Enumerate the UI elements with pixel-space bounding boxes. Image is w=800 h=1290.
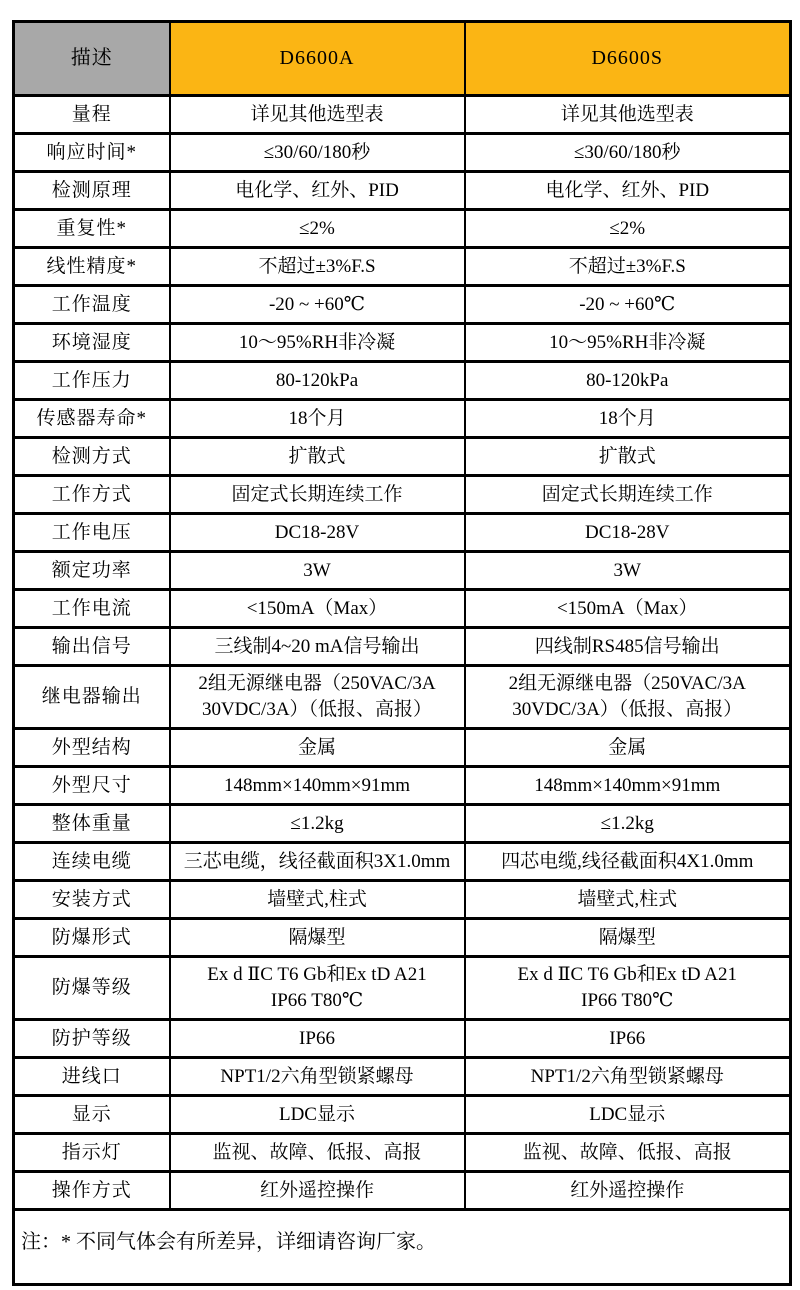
spec-value-d6600a: 18个月 <box>170 400 465 438</box>
spec-label: 环境湿度 <box>14 324 170 362</box>
spec-value-d6600a: 电化学、红外、PID <box>170 172 465 210</box>
spec-value-d6600s: Ex d ⅡC T6 Gb和Ex tD A21 IP66 T80℃ <box>465 957 791 1020</box>
table-row: 整体重量≤1.2kg≤1.2kg <box>14 805 791 843</box>
spec-value-d6600a: 80-120kPa <box>170 362 465 400</box>
spec-value-d6600s: 详见其他选型表 <box>465 96 791 134</box>
spec-label: 工作温度 <box>14 286 170 324</box>
header-cell-model-d6600s: D6600S <box>465 22 791 96</box>
spec-value-d6600s: 2组无源继电器（250VAC/3A 30VDC/3A）（低报、高报） <box>465 666 791 729</box>
spec-value-d6600a: <150mA（Max） <box>170 590 465 628</box>
spec-value-d6600a: 详见其他选型表 <box>170 96 465 134</box>
spec-label: 进线口 <box>14 1058 170 1096</box>
spec-value-d6600a: NPT1/2六角型锁紧螺母 <box>170 1058 465 1096</box>
table-row: 显示LDC显示LDC显示 <box>14 1096 791 1134</box>
spec-value-d6600s: ≤1.2kg <box>465 805 791 843</box>
spec-value-d6600s: ≤2% <box>465 210 791 248</box>
spec-value-d6600a: ≤30/60/180秒 <box>170 134 465 172</box>
spec-label: 检测原理 <box>14 172 170 210</box>
table-row: 工作电流<150mA（Max）<150mA（Max） <box>14 590 791 628</box>
header-row: 描述 D6600A D6600S <box>14 22 791 96</box>
spec-value-d6600a: -20 ~ +60℃ <box>170 286 465 324</box>
spec-value-d6600s: -20 ~ +60℃ <box>465 286 791 324</box>
spec-value-d6600s: 隔爆型 <box>465 919 791 957</box>
table-row: 指示灯监视、故障、低报、高报监视、故障、低报、高报 <box>14 1134 791 1172</box>
spec-value-d6600a: LDC显示 <box>170 1096 465 1134</box>
spec-label: 工作方式 <box>14 476 170 514</box>
spec-value-d6600a: 148mm×140mm×91mm <box>170 767 465 805</box>
spec-value-d6600s: 扩散式 <box>465 438 791 476</box>
spec-label: 外型结构 <box>14 729 170 767</box>
spec-value-d6600s: 18个月 <box>465 400 791 438</box>
header-cell-model-d6600a: D6600A <box>170 22 465 96</box>
spec-value-d6600s: 不超过±3%F.S <box>465 248 791 286</box>
spec-value-d6600s: 80-120kPa <box>465 362 791 400</box>
table-row: 工作电压DC18-28VDC18-28V <box>14 514 791 552</box>
spec-table-footer: 注：* 不同气体会有所差异，详细请咨询厂家。 <box>14 1210 791 1285</box>
spec-label: 传感器寿命* <box>14 400 170 438</box>
spec-label: 显示 <box>14 1096 170 1134</box>
spec-label: 整体重量 <box>14 805 170 843</box>
spec-label: 操作方式 <box>14 1172 170 1210</box>
table-row: 防爆等级Ex d ⅡC T6 Gb和Ex tD A21 IP66 T80℃Ex … <box>14 957 791 1020</box>
spec-label: 外型尺寸 <box>14 767 170 805</box>
spec-value-d6600s: 10～95%RH非冷凝 <box>465 324 791 362</box>
table-row: 操作方式红外遥控操作红外遥控操作 <box>14 1172 791 1210</box>
spec-label: 响应时间* <box>14 134 170 172</box>
spec-value-d6600a: 红外遥控操作 <box>170 1172 465 1210</box>
spec-label: 安装方式 <box>14 881 170 919</box>
spec-value-d6600a: 2组无源继电器（250VAC/3A 30VDC/3A）（低报、高报） <box>170 666 465 729</box>
spec-label: 检测方式 <box>14 438 170 476</box>
spec-value-d6600s: DC18-28V <box>465 514 791 552</box>
note-row: 注：* 不同气体会有所差异，详细请咨询厂家。 <box>14 1210 791 1285</box>
spec-value-d6600a: 10～95%RH非冷凝 <box>170 324 465 362</box>
table-row: 工作温度-20 ~ +60℃-20 ~ +60℃ <box>14 286 791 324</box>
table-row: 额定功率3W3W <box>14 552 791 590</box>
table-row: 传感器寿命*18个月18个月 <box>14 400 791 438</box>
spec-page: 描述 D6600A D6600S 量程详见其他选型表详见其他选型表响应时间*≤3… <box>0 0 800 1290</box>
spec-label: 工作电压 <box>14 514 170 552</box>
spec-value-d6600s: <150mA（Max） <box>465 590 791 628</box>
spec-label: 防爆形式 <box>14 919 170 957</box>
spec-label: 指示灯 <box>14 1134 170 1172</box>
spec-value-d6600a: IP66 <box>170 1020 465 1058</box>
spec-value-d6600a: 扩散式 <box>170 438 465 476</box>
spec-label: 量程 <box>14 96 170 134</box>
spec-value-d6600s: 红外遥控操作 <box>465 1172 791 1210</box>
spec-label: 连续电缆 <box>14 843 170 881</box>
table-row: 继电器输出2组无源继电器（250VAC/3A 30VDC/3A）（低报、高报）2… <box>14 666 791 729</box>
table-row: 量程详见其他选型表详见其他选型表 <box>14 96 791 134</box>
table-row: 工作压力80-120kPa80-120kPa <box>14 362 791 400</box>
spec-value-d6600s: 墙壁式,柱式 <box>465 881 791 919</box>
spec-rows: 量程详见其他选型表详见其他选型表响应时间*≤30/60/180秒≤30/60/1… <box>14 96 791 1210</box>
spec-value-d6600a: 三芯电缆，线径截面积3X1.0mm <box>170 843 465 881</box>
table-row: 检测原理电化学、红外、PID电化学、红外、PID <box>14 172 791 210</box>
spec-value-d6600a: 金属 <box>170 729 465 767</box>
spec-value-d6600s: NPT1/2六角型锁紧螺母 <box>465 1058 791 1096</box>
spec-value-d6600a: ≤1.2kg <box>170 805 465 843</box>
spec-value-d6600a: 三线制4~20 mA信号输出 <box>170 628 465 666</box>
spec-value-d6600a: ≤2% <box>170 210 465 248</box>
spec-value-d6600s: 四芯电缆,线径截面积4X1.0mm <box>465 843 791 881</box>
header-cell-description: 描述 <box>14 22 170 96</box>
spec-label: 输出信号 <box>14 628 170 666</box>
spec-label: 继电器输出 <box>14 666 170 729</box>
spec-label: 防爆等级 <box>14 957 170 1020</box>
spec-label: 防护等级 <box>14 1020 170 1058</box>
table-row: 检测方式扩散式扩散式 <box>14 438 791 476</box>
spec-value-d6600a: 墙壁式,柱式 <box>170 881 465 919</box>
table-row: 防护等级IP66IP66 <box>14 1020 791 1058</box>
table-row: 连续电缆三芯电缆，线径截面积3X1.0mm四芯电缆,线径截面积4X1.0mm <box>14 843 791 881</box>
spec-value-d6600s: 电化学、红外、PID <box>465 172 791 210</box>
spec-table: 描述 D6600A D6600S 量程详见其他选型表详见其他选型表响应时间*≤3… <box>12 20 792 1286</box>
table-row: 防爆形式隔爆型隔爆型 <box>14 919 791 957</box>
spec-label: 工作压力 <box>14 362 170 400</box>
spec-value-d6600a: DC18-28V <box>170 514 465 552</box>
table-row: 重复性*≤2%≤2% <box>14 210 791 248</box>
table-row: 外型结构金属金属 <box>14 729 791 767</box>
spec-value-d6600s: 3W <box>465 552 791 590</box>
spec-value-d6600s: 四线制RS485信号输出 <box>465 628 791 666</box>
spec-label: 线性精度* <box>14 248 170 286</box>
table-row: 响应时间*≤30/60/180秒≤30/60/180秒 <box>14 134 791 172</box>
spec-label: 额定功率 <box>14 552 170 590</box>
table-row: 安装方式墙壁式,柱式墙壁式,柱式 <box>14 881 791 919</box>
spec-value-d6600s: LDC显示 <box>465 1096 791 1134</box>
spec-value-d6600s: ≤30/60/180秒 <box>465 134 791 172</box>
spec-value-d6600s: 监视、故障、低报、高报 <box>465 1134 791 1172</box>
spec-value-d6600a: 不超过±3%F.S <box>170 248 465 286</box>
spec-value-d6600a: 固定式长期连续工作 <box>170 476 465 514</box>
spec-label: 工作电流 <box>14 590 170 628</box>
table-row: 输出信号三线制4~20 mA信号输出四线制RS485信号输出 <box>14 628 791 666</box>
table-row: 工作方式固定式长期连续工作固定式长期连续工作 <box>14 476 791 514</box>
table-row: 环境湿度10～95%RH非冷凝10～95%RH非冷凝 <box>14 324 791 362</box>
spec-value-d6600s: IP66 <box>465 1020 791 1058</box>
spec-table-header: 描述 D6600A D6600S <box>14 22 791 96</box>
spec-value-d6600s: 金属 <box>465 729 791 767</box>
spec-value-d6600s: 148mm×140mm×91mm <box>465 767 791 805</box>
spec-value-d6600a: 隔爆型 <box>170 919 465 957</box>
table-row: 外型尺寸148mm×140mm×91mm148mm×140mm×91mm <box>14 767 791 805</box>
spec-value-d6600s: 固定式长期连续工作 <box>465 476 791 514</box>
spec-value-d6600a: 3W <box>170 552 465 590</box>
spec-value-d6600a: Ex d ⅡC T6 Gb和Ex tD A21 IP66 T80℃ <box>170 957 465 1020</box>
spec-label: 重复性* <box>14 210 170 248</box>
footnote: 注：* 不同气体会有所差异，详细请咨询厂家。 <box>14 1210 791 1285</box>
spec-value-d6600a: 监视、故障、低报、高报 <box>170 1134 465 1172</box>
table-row: 线性精度*不超过±3%F.S不超过±3%F.S <box>14 248 791 286</box>
table-row: 进线口NPT1/2六角型锁紧螺母NPT1/2六角型锁紧螺母 <box>14 1058 791 1096</box>
